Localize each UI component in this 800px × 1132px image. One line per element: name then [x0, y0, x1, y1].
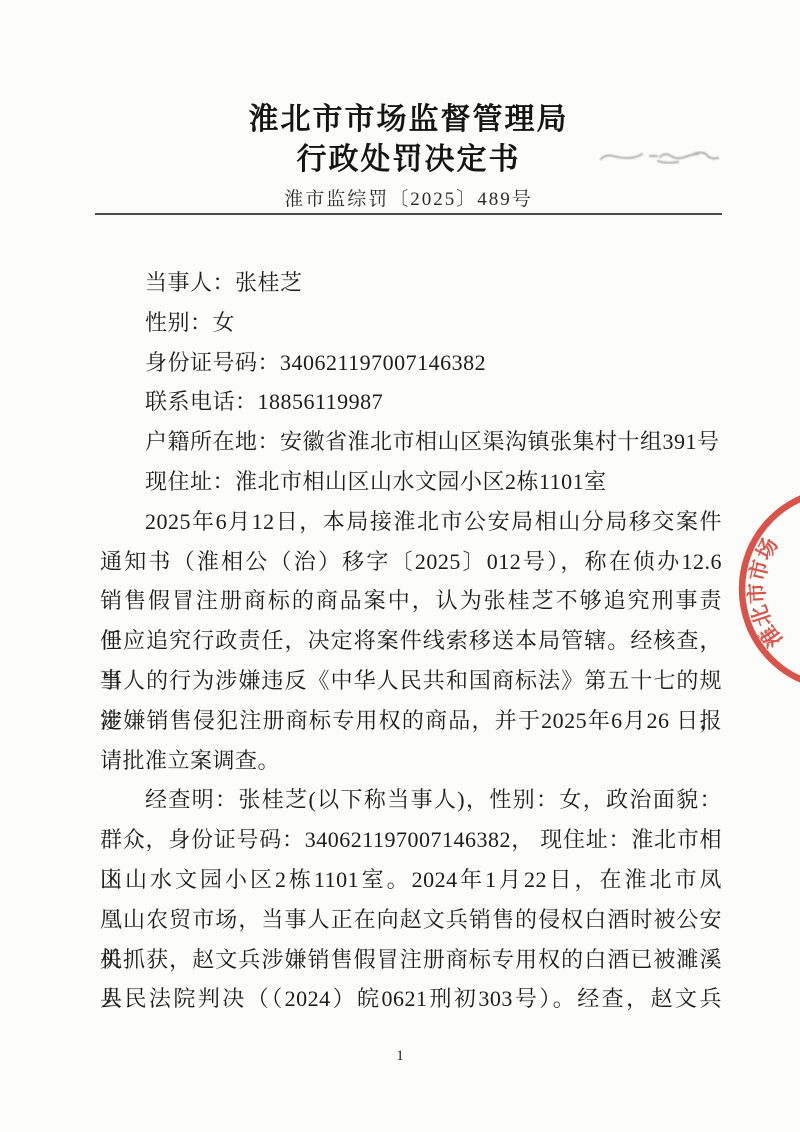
document-page: 淮北市市场监督管理局 行政处罚决定书 淮市监综罚〔2025〕489号 当事人：张… [0, 0, 800, 1132]
document-title-agency: 淮北市市场监督管理局 [95, 100, 722, 140]
paragraph-line: 经查明：张桂芝(以下称当事人)，性别：女，政治面貌： [100, 780, 722, 820]
paragraph-line: 通知书（淮相公（治）移字〔2025〕012号），称在侦办12.6 [100, 542, 722, 582]
paragraph-line: 人民法院判决（（2024）皖0621刑初303号）。经查，赵文兵 [100, 979, 722, 1019]
field-gender: 性别：女 [100, 303, 722, 343]
page-number: 1 [0, 1048, 800, 1065]
document-title-type: 行政处罚决定书 [95, 140, 722, 180]
field-current-address: 现住址：淮北市相山区山水文园小区2栋1101室 [100, 462, 722, 502]
field-party-name: 当事人：张桂芝 [100, 263, 722, 303]
field-id-number: 身份证号码：340621197007146382 [100, 343, 722, 383]
paragraph-line: 2025年6月12日，本局接淮北市公安局相山分局移交案件 [100, 502, 722, 542]
paragraph-line: 事人的行为涉嫌违反《中华人民共和国商标法》第五十七的规定， [100, 661, 722, 701]
paragraph-line: 销售假冒注册商标的商品案中，认为张桂芝不够追究刑事责任， [100, 581, 722, 621]
paragraph-line: 凰山农贸市场，当事人正在向赵文兵销售的侵权白酒时被公安机 [100, 900, 722, 940]
field-registered-address: 户籍所在地：安徽省淮北市相山区渠沟镇张集村十组391号 [100, 422, 722, 462]
document-body: 当事人：张桂芝 性别：女 身份证号码：340621197007146382 联系… [100, 263, 722, 1019]
document-number: 淮市监综罚〔2025〕489号 [95, 187, 722, 213]
paragraph-line: 请批准立案调查。 [100, 741, 722, 781]
header-divider [95, 213, 722, 215]
paragraph-line: 群众，身份证号码：340621197007146382， 现住址：淮北市相山 [100, 820, 722, 860]
official-seal: 淮北市市场 340 [738, 486, 800, 694]
document-header: 淮北市市场监督管理局 行政处罚决定书 淮市监综罚〔2025〕489号 [95, 100, 722, 213]
paragraph-line: 区山水文园小区2栋1101室。2024年1月22日，在淮北市凤 [100, 860, 722, 900]
paragraph-line: 关抓获，赵文兵涉嫌销售假冒注册商标专用权的白酒已被濉溪县 [100, 940, 722, 980]
paragraph-line: 但应追究行政责任，决定将案件线索移送本局管辖。经核查，当 [100, 621, 722, 661]
paragraph-line: 涉嫌销售侵犯注册商标专用权的商品，并于2025年6月26 日报 [100, 701, 722, 741]
field-phone: 联系电话：18856119987 [100, 382, 722, 422]
